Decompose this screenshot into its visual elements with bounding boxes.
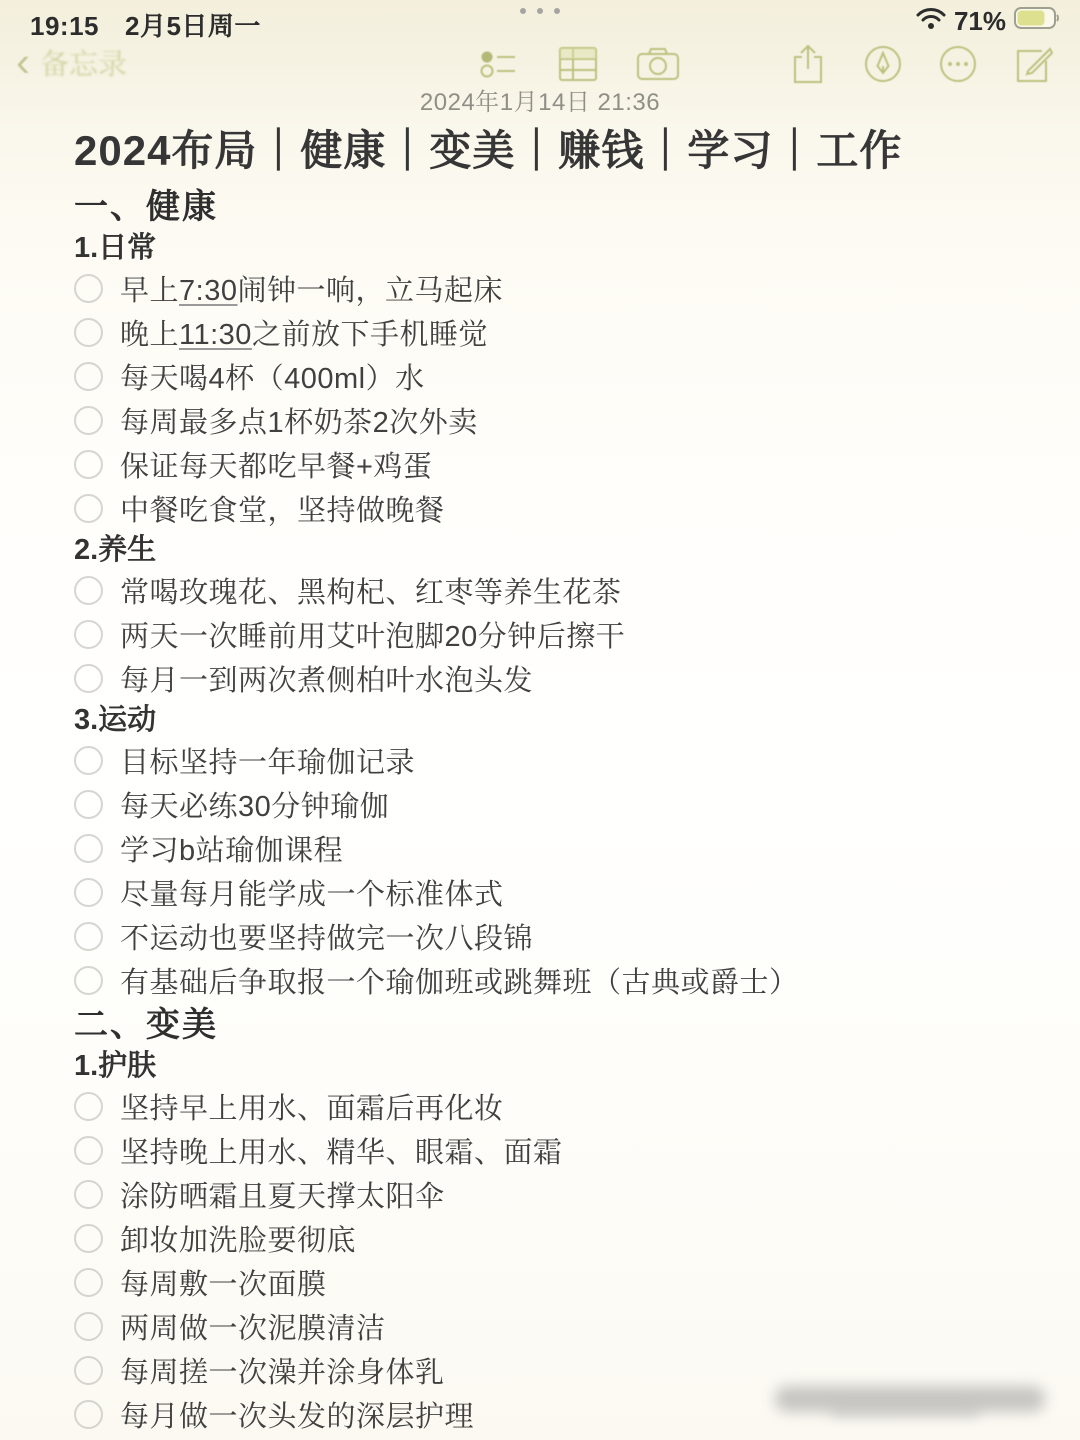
subsection-heading-exercise: 3.运动 [74, 702, 1040, 738]
checklist-item: 每月一到两次煮侧柏叶水泡头发 [74, 656, 1040, 700]
item-text[interactable]: 保证每天都吃早餐+鸡蛋 [120, 444, 432, 485]
checklist-item: 常喝玫瑰花、黑枸杞、红枣等养生花茶 [74, 568, 1040, 612]
item-text[interactable]: 坚持早上用水、面霜后再化妆 [120, 1086, 504, 1127]
checkbox[interactable] [74, 664, 103, 693]
item-text[interactable]: 常喝玫瑰花、黑枸杞、红枣等养生花茶 [120, 570, 622, 611]
checkbox[interactable] [74, 274, 103, 303]
checklist-item: 坚持早上用水、面霜后再化妆 [74, 1084, 1040, 1128]
checklist-item: 早上7:30闹钟一响，立马起床 [74, 266, 1040, 310]
subsection-heading-skincare: 1.护肤 [74, 1048, 1040, 1084]
item-text[interactable]: 每周搓一次澡并涂身体乳 [120, 1350, 445, 1391]
item-text[interactable]: 目标坚持一年瑜伽记录 [120, 740, 415, 781]
checklist-item: 每天必练30分钟瑜伽 [74, 782, 1040, 826]
note-content[interactable]: 2024年1月14日 21:36 2024布局｜健康｜变美｜赚钱｜学习｜工作 一… [0, 0, 1080, 1440]
checkbox[interactable] [74, 406, 103, 435]
checklist-item: 学习b站瑜伽课程 [74, 826, 1040, 870]
checkbox[interactable] [74, 966, 103, 995]
note-title[interactable]: 2024布局｜健康｜变美｜赚钱｜学习｜工作 [74, 124, 1040, 178]
item-text[interactable]: 坚持晚上用水、精华、眼霜、面霜 [120, 1130, 563, 1171]
checkbox[interactable] [74, 1312, 103, 1341]
checkbox[interactable] [74, 790, 103, 819]
checkbox[interactable] [74, 1092, 103, 1121]
watermark [830, 1408, 980, 1418]
checkbox[interactable] [74, 620, 103, 649]
checklist-item: 目标坚持一年瑜伽记录 [74, 738, 1040, 782]
item-text[interactable]: 晚上11:30之前放下手机睡觉 [120, 312, 488, 353]
checkbox[interactable] [74, 746, 103, 775]
checkbox[interactable] [74, 1356, 103, 1385]
item-text[interactable]: 中餐吃食堂，坚持做晚餐 [120, 488, 445, 529]
checklist-item: 每天喝4杯（400ml）水 [74, 354, 1040, 398]
checkbox[interactable] [74, 362, 103, 391]
item-text[interactable]: 两天一次睡前用艾叶泡脚20分钟后擦干 [120, 614, 625, 655]
item-text[interactable]: 不运动也要坚持做完一次八段锦 [120, 916, 533, 957]
checklist-item: 保证每天都吃早餐+鸡蛋 [74, 442, 1040, 486]
checkbox[interactable] [74, 834, 103, 863]
subsection-heading-daily: 1.日常 [74, 230, 1040, 266]
item-text[interactable]: 每月做一次头发的深层护理 [120, 1394, 474, 1435]
checkbox[interactable] [74, 450, 103, 479]
checklist-item: 不运动也要坚持做完一次八段锦 [74, 914, 1040, 958]
checkbox[interactable] [74, 318, 103, 347]
checklist-item: 每周敷一次面膜 [74, 1260, 1040, 1304]
checkbox[interactable] [74, 1268, 103, 1297]
checkbox[interactable] [74, 1224, 103, 1253]
item-text[interactable]: 尽量每月能学成一个标准体式 [120, 872, 504, 913]
item-text[interactable]: 每天喝4杯（400ml）水 [120, 356, 425, 397]
item-text[interactable]: 每天必练30分钟瑜伽 [120, 784, 389, 825]
checklist-item: 两天一次睡前用艾叶泡脚20分钟后擦干 [74, 612, 1040, 656]
item-text[interactable]: 卸妆加洗脸要彻底 [120, 1218, 356, 1259]
item-text[interactable]: 每周敷一次面膜 [120, 1262, 327, 1303]
section-heading-beauty: 二、变美 [74, 1004, 1040, 1046]
item-text[interactable]: 有基础后争取报一个瑜伽班或跳舞班（古典或爵士） [120, 960, 799, 1001]
checklist-item: 尽量每月能学成一个标准体式 [74, 870, 1040, 914]
checkbox[interactable] [74, 878, 103, 907]
subsection-heading-wellness: 2.养生 [74, 532, 1040, 568]
checkbox[interactable] [74, 494, 103, 523]
checklist-item: 有基础后争取报一个瑜伽班或跳舞班（古典或爵士） [74, 958, 1040, 1002]
checkbox[interactable] [74, 1136, 103, 1165]
item-text[interactable]: 涂防晒霜且夏天撑太阳伞 [120, 1174, 445, 1215]
checklist-item: 晚上11:30之前放下手机睡觉 [74, 310, 1040, 354]
checklist-item: 中餐吃食堂，坚持做晚餐 [74, 486, 1040, 530]
checklist-item: 两周做一次泥膜清洁 [74, 1304, 1040, 1348]
checkbox[interactable] [74, 576, 103, 605]
item-text[interactable]: 两周做一次泥膜清洁 [120, 1306, 386, 1347]
checkbox[interactable] [74, 922, 103, 951]
item-text[interactable]: 早上7:30闹钟一响，立马起床 [120, 268, 503, 309]
checkbox[interactable] [74, 1180, 103, 1209]
checkbox[interactable] [74, 1400, 103, 1429]
checklist-item: 涂防晒霜且夏天撑太阳伞 [74, 1172, 1040, 1216]
note-timestamp: 2024年1月14日 21:36 [74, 88, 1006, 118]
item-text[interactable]: 学习b站瑜伽课程 [120, 828, 343, 869]
checklist-item: 坚持晚上用水、精华、眼霜、面霜 [74, 1128, 1040, 1172]
checklist-item: 每周最多点1杯奶茶2次外卖 [74, 398, 1040, 442]
section-heading-health: 一、健康 [74, 186, 1040, 228]
checklist-item: 卸妆加洗脸要彻底 [74, 1216, 1040, 1260]
item-text[interactable]: 每周最多点1杯奶茶2次外卖 [120, 400, 478, 441]
item-text[interactable]: 每月一到两次煮侧柏叶水泡头发 [120, 658, 533, 699]
